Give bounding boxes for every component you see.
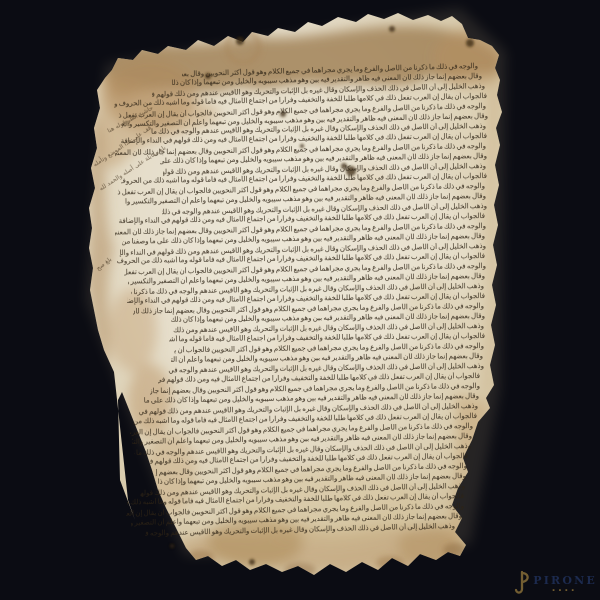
marginal-note: بلغ صح — [95, 256, 113, 272]
marginalia-layer: حاشية انظر قوله هناقف على هذا الموضع وتأ… — [0, 0, 600, 600]
photo-stage: والوجه في ذلك ما ذكرنا من الأصل والفرع و… — [0, 0, 600, 600]
watermark-subtext: ▪▪▪▪ — [552, 588, 578, 592]
pirone-monogram-icon — [514, 570, 531, 597]
watermark-text-group: PIRONE ▪▪▪▪ — [533, 570, 597, 592]
watermark-brand-name: PIRONE — [533, 574, 597, 587]
auction-house-watermark: PIRONE ▪▪▪▪ — [514, 570, 597, 597]
